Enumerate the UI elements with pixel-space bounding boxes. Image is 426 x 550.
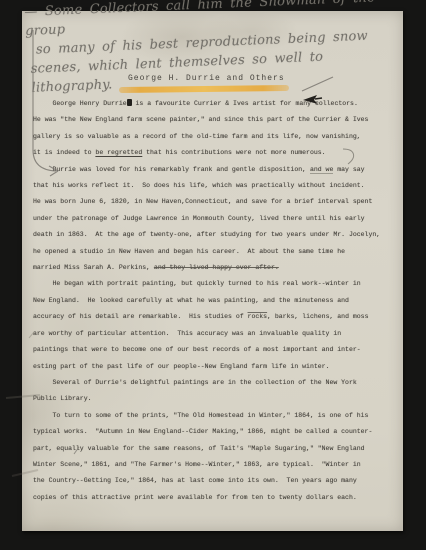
paragraph: He began with portrait painting, but qui… — [33, 276, 381, 374]
typewritten-line: He was born June 6, 1820, in New Haven,C… — [33, 194, 381, 210]
typewritten-line: esting part of the past life of our peop… — [33, 359, 381, 375]
typewritten-line: Winter Scene," 1861, and "The Farmer's H… — [33, 457, 381, 473]
typewritten-line: he opened a studio in New Haven and bega… — [33, 244, 381, 260]
typewritten-line: He began with portrait painting, but qui… — [33, 276, 381, 292]
typewritten-line: paintings that were to become one of our… — [33, 342, 381, 358]
typewritten-line: To turn to some of the prints, "The Old … — [33, 408, 381, 424]
typewritten-line: gallery is so valuable as a record of th… — [33, 129, 381, 145]
pencil-underline-mark: and we — [310, 166, 333, 174]
typewritten-body: George Henry Durrie is a favourite Curri… — [33, 96, 381, 506]
paragraph: George Henry Durrie is a favourite Curri… — [33, 96, 381, 162]
typewritten-line: part, equally valuable for the same reas… — [33, 441, 381, 457]
paragraph: To turn to some of the prints, "The Old … — [33, 408, 381, 506]
handwritten-note: — Some Collectors call him the Snowman o… — [24, 0, 392, 98]
typewritten-line: George Henry Durrie is a favourite Curri… — [33, 96, 381, 112]
scan-frame: — Some Collectors call him the Snowman o… — [0, 0, 426, 550]
typewritten-line: are worthy of particular attention. This… — [33, 326, 381, 342]
typewritten-line: death in 1863. At the age of twenty-one,… — [33, 227, 381, 243]
typewritten-line: New England. He looked carefully at what… — [33, 293, 381, 309]
paragraph: Several of Durrie's delightful paintings… — [33, 375, 381, 408]
typewritten-line: Public Library. — [33, 391, 381, 407]
underline-mark: be regretted — [95, 149, 142, 156]
page-title: George H. Durrie and Others — [128, 74, 285, 83]
typewritten-line: typical works. "Autumn in New England--C… — [33, 424, 381, 440]
typewritten-line: the Country--Getting Ice," 1864, has at … — [33, 473, 381, 489]
typewritten-line: married Miss Sarah A. Perkins, and they … — [33, 260, 381, 276]
typewritten-line: accuracy of his detail are remarkable. H… — [33, 309, 381, 325]
paragraph: Durrie was loved for his remarkably fran… — [33, 162, 381, 277]
typewritten-line: it is indeed to be regretted that his co… — [33, 145, 381, 161]
strike-mark: and they lived happy ever after. — [154, 264, 279, 271]
typewritten-line: that his works reflect it. So does his l… — [33, 178, 381, 194]
typewritten-line: copies of this attractive print were ava… — [33, 490, 381, 506]
typewritten-line: Durrie was loved for his remarkably fran… — [33, 162, 381, 178]
typewritten-line: Several of Durrie's delightful paintings… — [33, 375, 381, 391]
overmark-mark: rocks — [248, 313, 268, 320]
typewritten-line: He was "the New England farm scene paint… — [33, 112, 381, 128]
typewritten-line: under the patronage of Judge Lawrence in… — [33, 211, 381, 227]
